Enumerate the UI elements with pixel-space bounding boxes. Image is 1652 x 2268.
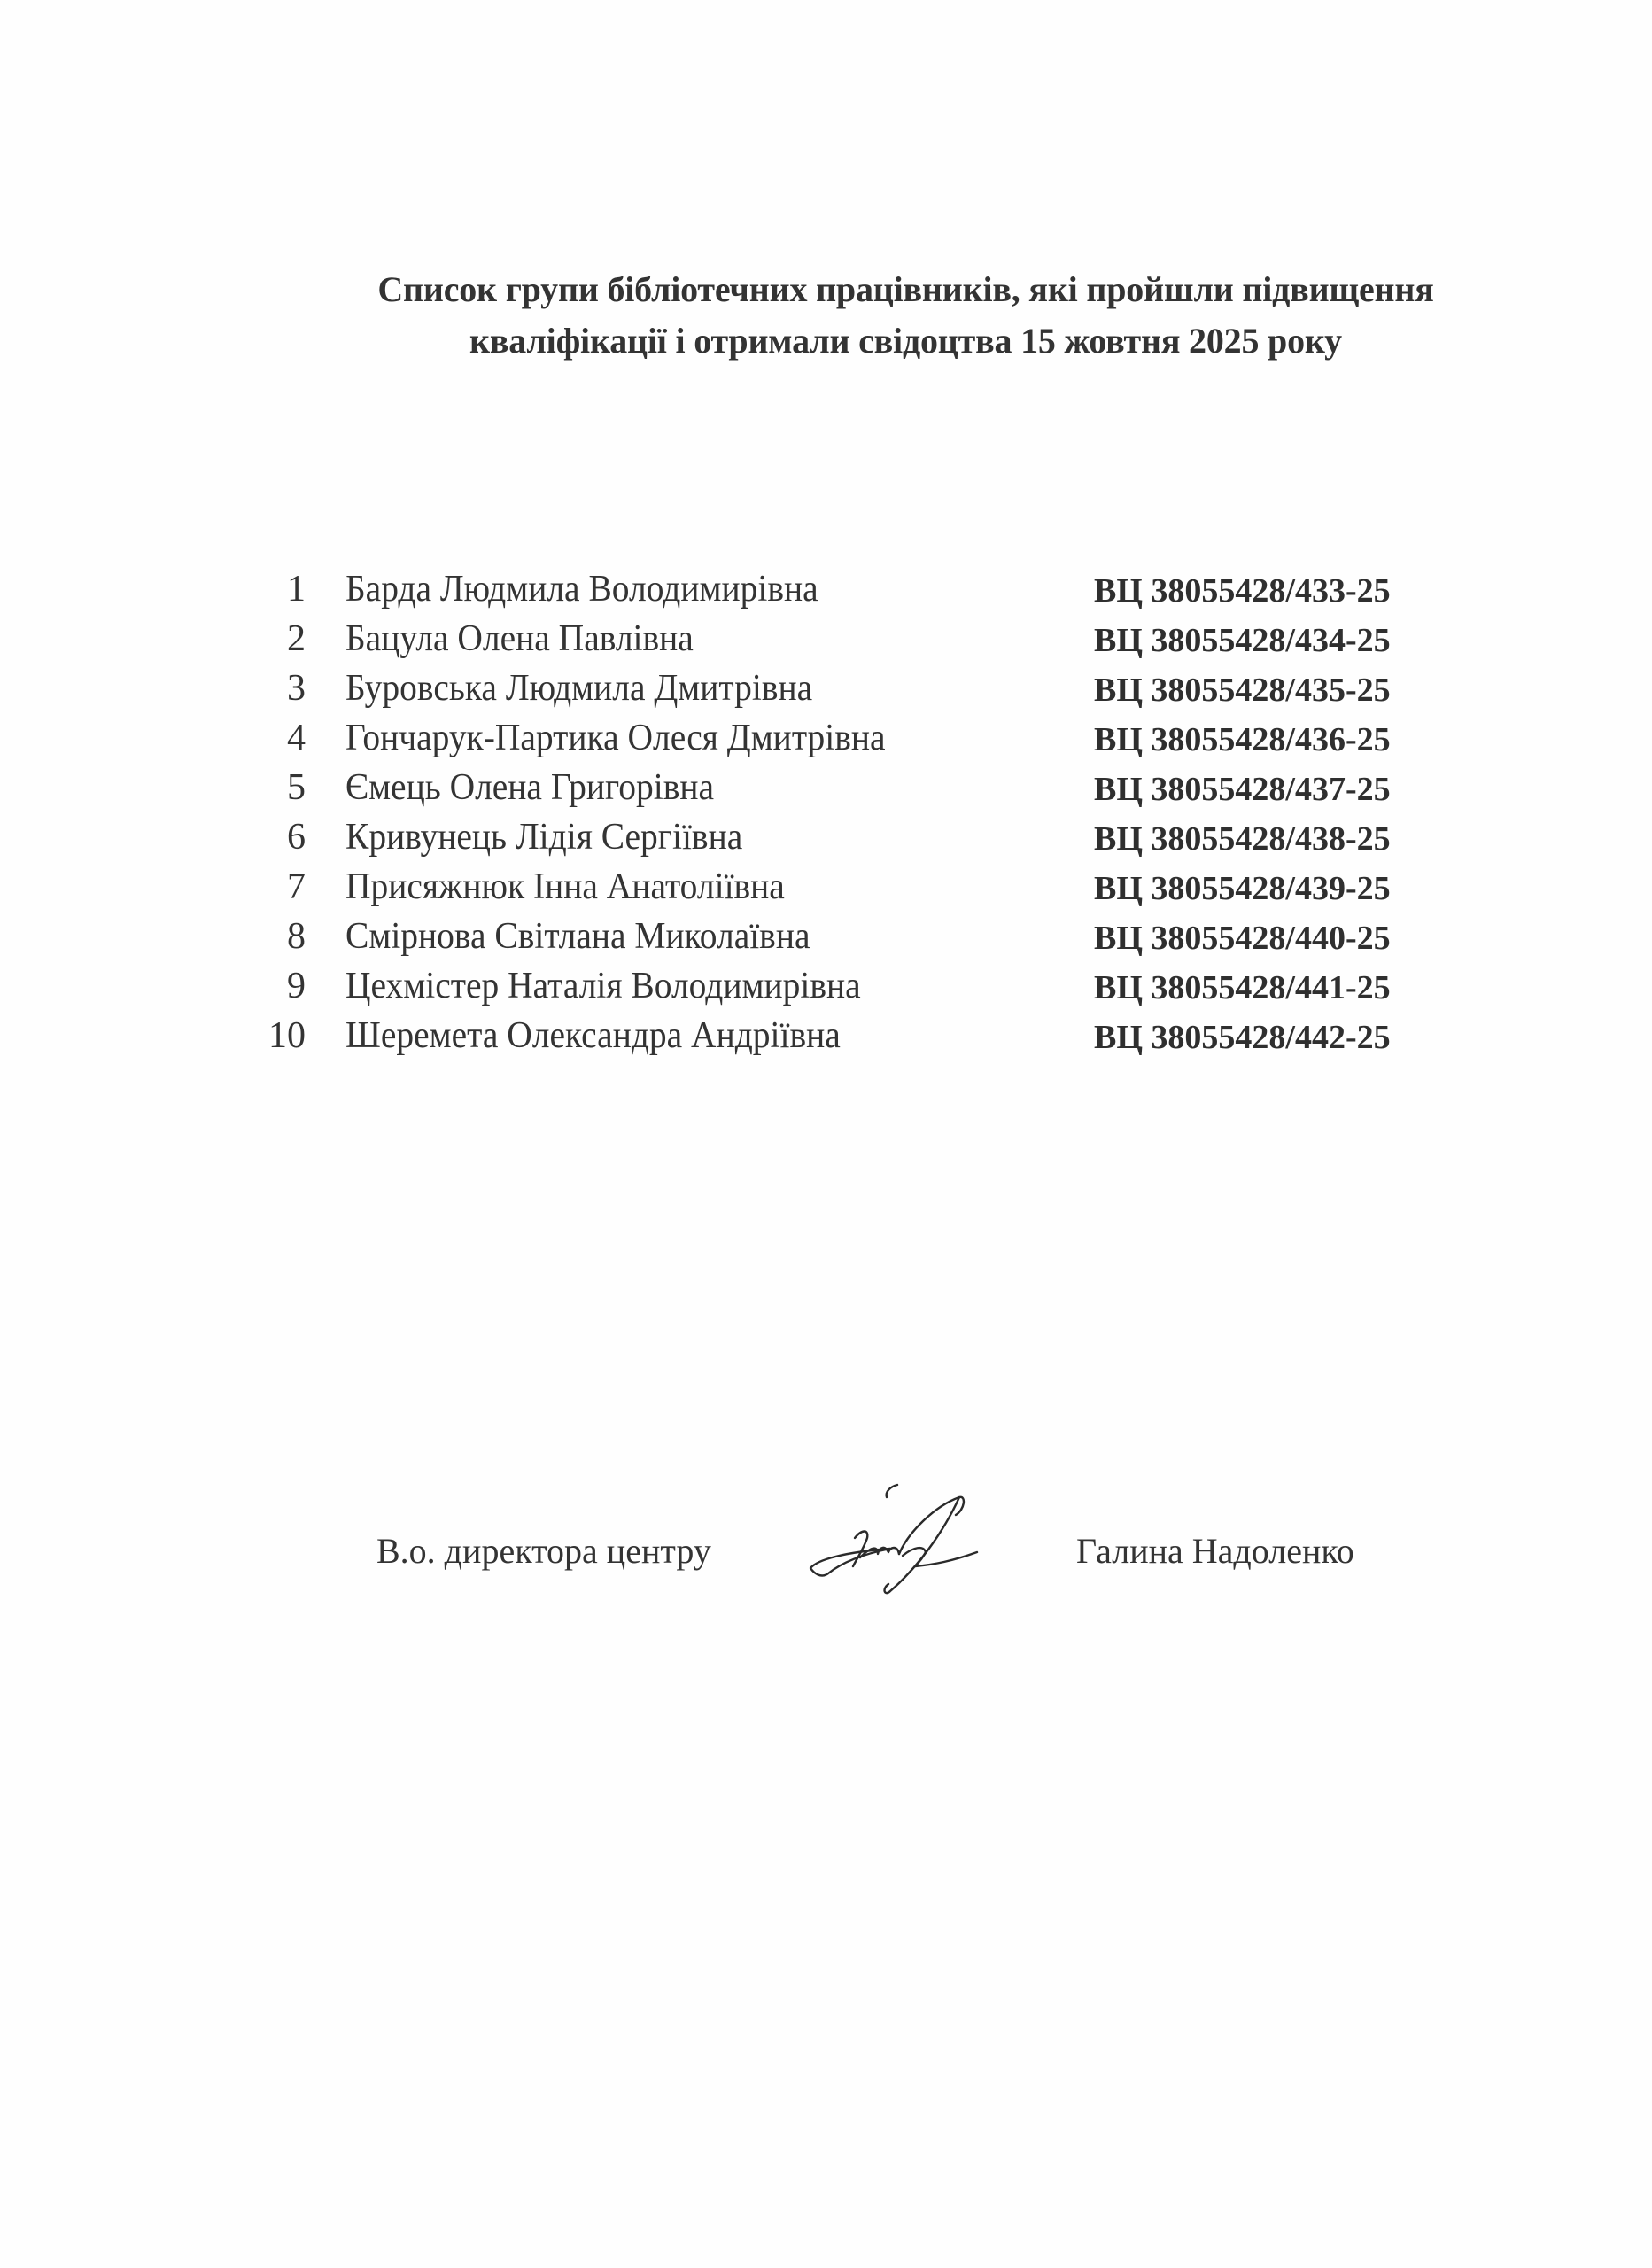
document-title: Список групи бібліотечних працівників, я… bbox=[266, 264, 1546, 367]
list-item: 2 Бацула Олена Павлівна ВЦ 38055428/434-… bbox=[257, 614, 1497, 664]
row-number: 2 bbox=[287, 614, 306, 664]
participants-list: 1 Барда Людмила Володимирівна ВЦ 3805542… bbox=[257, 564, 1497, 1060]
list-item: 4 Гончарук-Партика Олеся Дмитрівна ВЦ 38… bbox=[257, 713, 1497, 763]
certificate-number: ВЦ 38055428/435-25 bbox=[1094, 665, 1391, 715]
certificate-number: ВЦ 38055428/440-25 bbox=[1094, 913, 1391, 963]
certificate-number: ВЦ 38055428/434-25 bbox=[1094, 616, 1391, 665]
participant-name: Барда Людмила Володимирівна bbox=[345, 564, 818, 614]
handwritten-signature-icon bbox=[793, 1471, 997, 1604]
list-item: 5 Ємець Олена Григорівна ВЦ 38055428/437… bbox=[257, 763, 1497, 812]
signatory-role: В.о. директора центру bbox=[376, 1526, 711, 1576]
certificate-number: ВЦ 38055428/433-25 bbox=[1094, 566, 1391, 616]
certificate-number: ВЦ 38055428/438-25 bbox=[1094, 814, 1391, 864]
certificate-number: ВЦ 38055428/442-25 bbox=[1094, 1013, 1391, 1062]
title-line-1: Список групи бібліотечних працівників, я… bbox=[266, 264, 1546, 315]
list-item: 3 Буровська Людмила Дмитрівна ВЦ 3805542… bbox=[257, 664, 1497, 713]
row-number: 7 bbox=[287, 862, 306, 912]
row-number: 9 bbox=[287, 961, 306, 1011]
signature-block: В.о. директора центру Галина Надоленко bbox=[0, 1519, 1652, 1608]
participant-name: Ємець Олена Григорівна bbox=[345, 763, 714, 812]
row-number: 3 bbox=[287, 664, 306, 713]
participant-name: Шеремета Олександра Андріївна bbox=[345, 1011, 841, 1060]
row-number: 10 bbox=[268, 1011, 306, 1060]
certificate-number: ВЦ 38055428/436-25 bbox=[1094, 715, 1391, 765]
row-number: 8 bbox=[287, 912, 306, 961]
document-page: Список групи бібліотечних працівників, я… bbox=[0, 0, 1652, 2268]
participant-name: Буровська Людмила Дмитрівна bbox=[345, 664, 812, 713]
participant-name: Присяжнюк Інна Анатоліївна bbox=[345, 862, 785, 912]
list-item: 6 Кривунець Лідія Сергіївна ВЦ 38055428/… bbox=[257, 812, 1497, 862]
participant-name: Бацула Олена Павлівна bbox=[345, 614, 694, 664]
certificate-number: ВЦ 38055428/441-25 bbox=[1094, 963, 1391, 1013]
participant-name: Кривунець Лідія Сергіївна bbox=[345, 812, 742, 862]
certificate-number: ВЦ 38055428/437-25 bbox=[1094, 765, 1391, 814]
signatory-name: Галина Надоленко bbox=[1076, 1526, 1354, 1576]
list-item: 10 Шеремета Олександра Андріївна ВЦ 3805… bbox=[257, 1011, 1497, 1060]
participant-name: Цехмістер Наталія Володимирівна bbox=[345, 961, 861, 1011]
participant-name: Смірнова Світлана Миколаївна bbox=[345, 912, 810, 961]
title-line-2: кваліфікації і отримали свідоцтва 15 жов… bbox=[266, 315, 1546, 367]
certificate-number: ВЦ 38055428/439-25 bbox=[1094, 864, 1391, 913]
participant-name: Гончарук-Партика Олеся Дмитрівна bbox=[345, 713, 886, 763]
list-item: 9 Цехмістер Наталія Володимирівна ВЦ 380… bbox=[257, 961, 1497, 1011]
row-number: 5 bbox=[287, 763, 306, 812]
row-number: 4 bbox=[287, 713, 306, 763]
row-number: 1 bbox=[287, 564, 306, 614]
list-item: 8 Смірнова Світлана Миколаївна ВЦ 380554… bbox=[257, 912, 1497, 961]
list-item: 7 Присяжнюк Інна Анатоліївна ВЦ 38055428… bbox=[257, 862, 1497, 912]
row-number: 6 bbox=[287, 812, 306, 862]
list-item: 1 Барда Людмила Володимирівна ВЦ 3805542… bbox=[257, 564, 1497, 614]
